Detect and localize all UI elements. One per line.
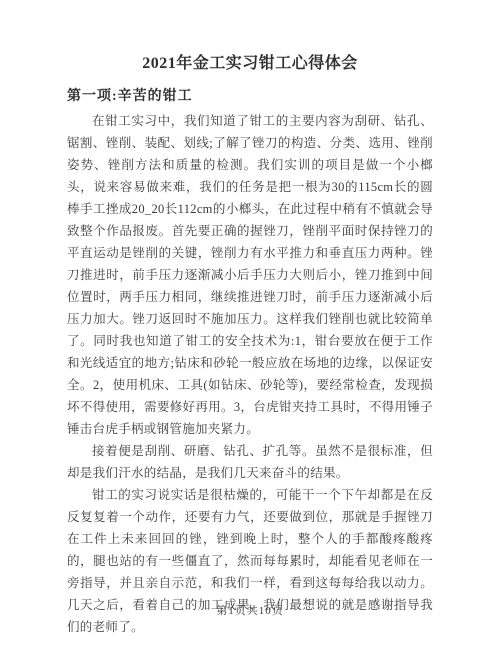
paragraph-1: 在钳工实习中，我们知道了钳工的主要内容为刮研、钻孔、锯割、锉削、装配、划线;了解…	[67, 110, 433, 440]
section-heading: 第一项:辛苦的钳工	[67, 85, 433, 105]
paragraph-2: 接着便是刮削、研磨、钻孔、扩孔等。虽然不是很标准，但却是我们汗水的结晶，是我们几…	[67, 440, 433, 484]
document-page: 2021年金工实习钳工心得体会 第一项:辛苦的钳工 在钳工实习中，我们知道了钳工…	[0, 0, 500, 647]
page-number: 第1页共10页	[0, 602, 500, 618]
document-body: 在钳工实习中，我们知道了钳工的主要内容为刮研、钻孔、锯割、锉削、装配、划线;了解…	[67, 110, 433, 638]
document-title: 2021年金工实习钳工心得体会	[0, 0, 500, 73]
